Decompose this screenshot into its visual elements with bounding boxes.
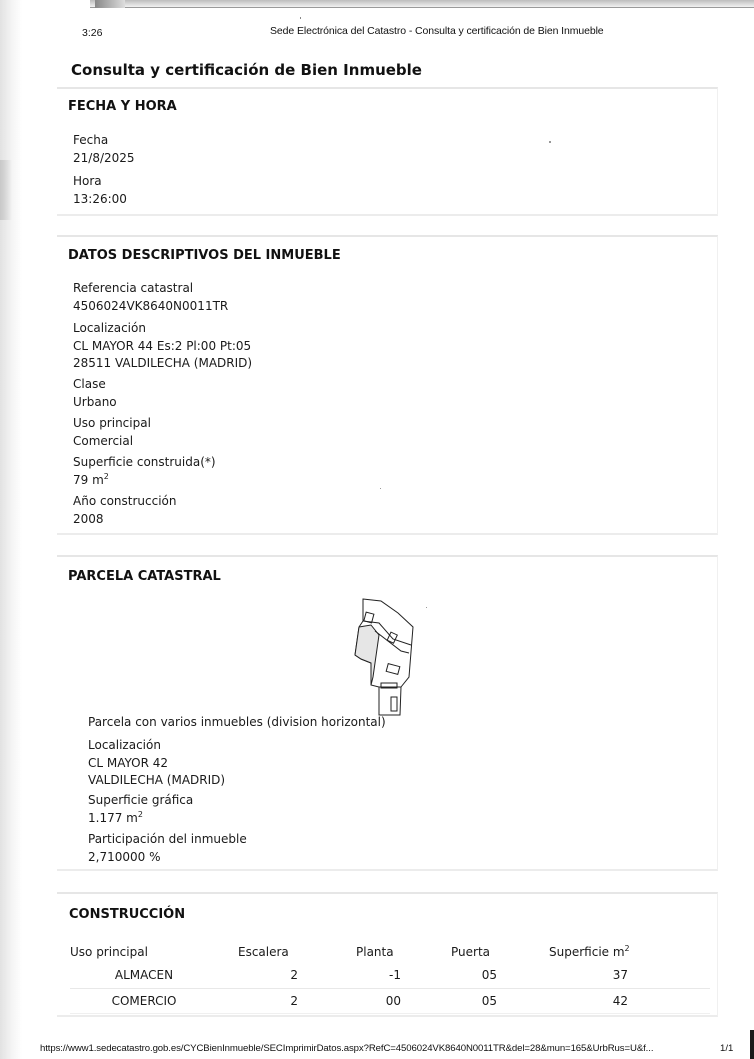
unit-exponent: 2 <box>625 944 630 953</box>
fecha-hora-panel: FECHA Y HORA Fecha 21/8/2025 Hora 13:26:… <box>57 87 718 216</box>
localizacion-label: Localización <box>73 320 252 337</box>
superficie-construida-number: 79 m <box>73 473 104 487</box>
footer-page-number: 1/1 <box>720 1043 733 1054</box>
cell-puerta: 05 <box>451 988 549 1013</box>
superficie-grafica-value: 1.177 m2 <box>88 810 193 827</box>
construccion-table: Uso principal Escalera Planta Puerta Sup… <box>70 941 710 1014</box>
scan-edge-shadow-dark <box>0 160 12 220</box>
cell-planta: 00 <box>356 988 451 1013</box>
scan-right-edge <box>750 1030 754 1059</box>
unit-exponent: 2 <box>138 810 143 819</box>
superficie-construida-label: Superficie construida(*) <box>73 454 216 471</box>
construccion-panel: CONSTRUCCIÓN Uso principal Escalera Plan… <box>57 892 718 1017</box>
fecha-hora-heading: FECHA Y HORA <box>68 99 177 114</box>
scan-speck <box>426 607 427 608</box>
parcel-map-icon <box>353 597 423 719</box>
referencia-label: Referencia catastral <box>73 280 228 297</box>
parcela-descripcion: Parcela con varios inmuebles (division h… <box>88 714 386 731</box>
hora-field: Hora 13:26:00 <box>73 173 127 208</box>
uso-label: Uso principal <box>73 415 151 432</box>
print-header-title: Sede Electrónica del Catastro - Consulta… <box>270 25 604 37</box>
printed-page: 3:26 Sede Electrónica del Catastro - Con… <box>0 0 754 1059</box>
referencia-field: Referencia catastral 4506024VK8640N0011T… <box>73 280 228 315</box>
superficie-grafica-number: 1.177 m <box>88 811 138 825</box>
col-puerta: Puerta <box>451 941 549 963</box>
cell-superficie: 42 <box>549 988 710 1013</box>
clase-field: Clase Urbano <box>73 376 117 411</box>
cell-uso: ALMACEN <box>70 963 238 988</box>
scan-speck <box>300 17 301 19</box>
footer-url: https://www1.sedecatastro.gob.es/CYCBien… <box>40 1043 653 1054</box>
construccion-heading: CONSTRUCCIÓN <box>69 907 185 922</box>
table-header-row: Uso principal Escalera Planta Puerta Sup… <box>70 941 710 963</box>
parcela-catastral-panel: PARCELA CATASTRAL Parcela con varios inm… <box>57 555 718 871</box>
clase-value: Urbano <box>73 394 117 411</box>
cell-uso: COMERCIO <box>70 988 238 1013</box>
superficie-construida-field: Superficie construida(*) 79 m2 <box>73 454 216 489</box>
participacion-label: Participación del inmueble <box>88 831 247 848</box>
participacion-value: 2,710000 % <box>88 849 247 866</box>
datos-descriptivos-heading: DATOS DESCRIPTIVOS DEL INMUEBLE <box>68 248 341 263</box>
scan-top-wedge <box>95 0 125 8</box>
cell-superficie: 37 <box>549 963 710 988</box>
table-row: ALMACEN 2 -1 05 37 <box>70 963 710 988</box>
parcela-localizacion-line1: CL MAYOR 42 <box>88 755 225 772</box>
table-row: COMERCIO 2 00 05 42 <box>70 988 710 1013</box>
superficie-grafica-label: Superficie gráfica <box>88 792 193 809</box>
cell-escalera: 2 <box>238 988 356 1013</box>
parcela-localizacion-label: Localización <box>88 737 225 754</box>
datos-descriptivos-panel: DATOS DESCRIPTIVOS DEL INMUEBLE Referenc… <box>57 235 718 535</box>
col-escalera: Escalera <box>238 941 356 963</box>
cell-escalera: 2 <box>238 963 356 988</box>
fecha-value: 21/8/2025 <box>73 150 135 167</box>
cell-puerta: 05 <box>451 963 549 988</box>
col-uso-principal: Uso principal <box>70 941 238 963</box>
localizacion-line1: CL MAYOR 44 Es:2 Pl:00 Pt:05 <box>73 338 252 355</box>
page-title: Consulta y certificación de Bien Inmuebl… <box>71 61 422 79</box>
clase-label: Clase <box>73 376 117 393</box>
anio-label: Año construcción <box>73 493 177 510</box>
referencia-value: 4506024VK8640N0011TR <box>73 298 228 315</box>
col-superficie: Superficie m2 <box>549 941 710 963</box>
hora-value: 13:26:00 <box>73 191 127 208</box>
print-time: 3:26 <box>82 27 102 39</box>
fecha-label: Fecha <box>73 132 135 149</box>
uso-value: Comercial <box>73 433 151 450</box>
participacion-field: Participación del inmueble 2,710000 % <box>88 831 247 866</box>
scan-speck <box>380 488 381 489</box>
col-superficie-label: Superficie m <box>549 945 625 959</box>
hora-label: Hora <box>73 173 127 190</box>
col-planta: Planta <box>356 941 451 963</box>
uso-field: Uso principal Comercial <box>73 415 151 450</box>
localizacion-line2: 28511 VALDILECHA (MADRID) <box>73 355 252 372</box>
unit-exponent: 2 <box>104 472 109 481</box>
parcela-localizacion-field: Localización CL MAYOR 42 VALDILECHA (MAD… <box>88 737 225 789</box>
parcela-descripcion-text: Parcela con varios inmuebles (division h… <box>88 714 386 731</box>
scan-speck <box>549 141 551 143</box>
anio-value: 2008 <box>73 511 177 528</box>
superficie-grafica-field: Superficie gráfica 1.177 m2 <box>88 792 193 827</box>
scan-top-edge <box>90 0 754 8</box>
parcela-localizacion-line2: VALDILECHA (MADRID) <box>88 772 225 789</box>
localizacion-field: Localización CL MAYOR 44 Es:2 Pl:00 Pt:0… <box>73 320 252 372</box>
cell-planta: -1 <box>356 963 451 988</box>
anio-field: Año construcción 2008 <box>73 493 177 528</box>
parcela-heading: PARCELA CATASTRAL <box>68 569 221 584</box>
fecha-field: Fecha 21/8/2025 <box>73 132 135 167</box>
superficie-construida-value: 79 m2 <box>73 472 216 489</box>
scan-edge-shadow <box>0 0 22 1059</box>
